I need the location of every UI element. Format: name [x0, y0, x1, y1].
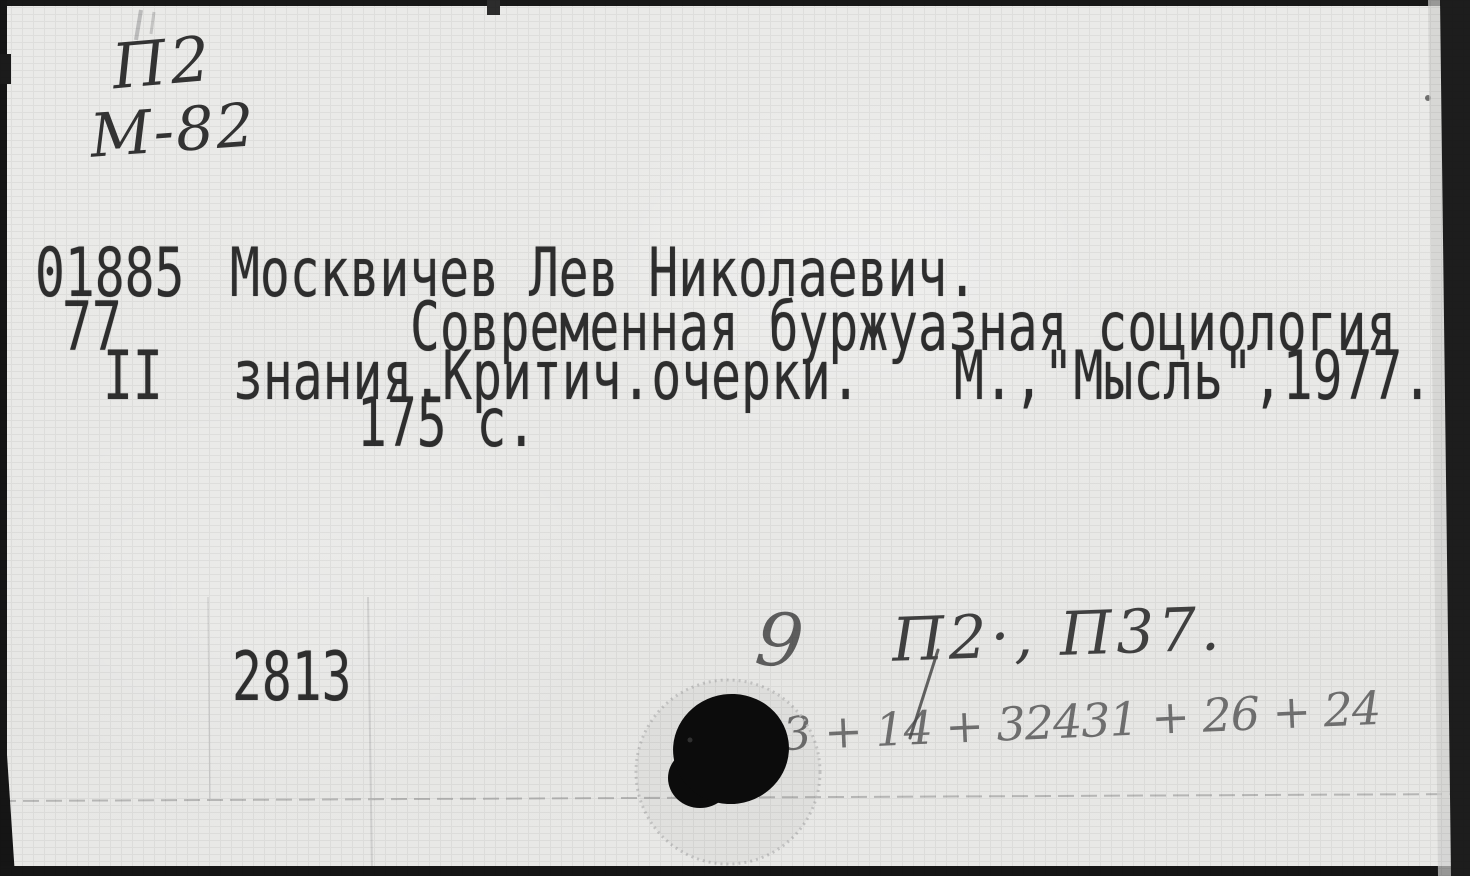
ink-blob-tail	[668, 748, 732, 808]
pencil-formula: 3 + 14 + 32431 + 26 + 24	[781, 681, 1381, 761]
entry-title-continuation: знания.Критич.очерки.	[233, 343, 861, 411]
dust-speck-2	[688, 738, 693, 743]
scan-edge-bottom	[0, 866, 1470, 876]
pencil-digit: 9	[752, 596, 808, 686]
left-column-row3: II	[103, 343, 163, 411]
dust-speck-1	[1425, 95, 1431, 101]
scan-edge-top-tick	[487, 0, 500, 15]
scan-edge-right	[1440, 0, 1470, 876]
ink-stamp-blob	[666, 686, 796, 811]
card-number: 2813	[232, 644, 352, 712]
entry-imprint: М.,"Мысль",1977.	[954, 343, 1432, 411]
pencil-classmarks: П2·, П37.	[891, 594, 1225, 676]
faint-horizontal-rule	[0, 794, 1470, 801]
faint-vertical-line-right	[368, 597, 372, 872]
scan-edge-left	[0, 0, 15, 876]
scan-edge-right-shadow	[1428, 0, 1452, 876]
scan-edge-top	[0, 0, 1470, 6]
faint-vertical-line-left	[208, 597, 210, 800]
call-number-class: П2	[109, 22, 216, 104]
scan-edge-left-bump	[0, 54, 11, 84]
entry-pagination: 175 с.	[357, 390, 536, 458]
catalog-card-scan: П2 М-82 01885 Москвичев Лев Николаевич. …	[0, 0, 1470, 876]
call-number-author: М-82	[88, 90, 259, 171]
